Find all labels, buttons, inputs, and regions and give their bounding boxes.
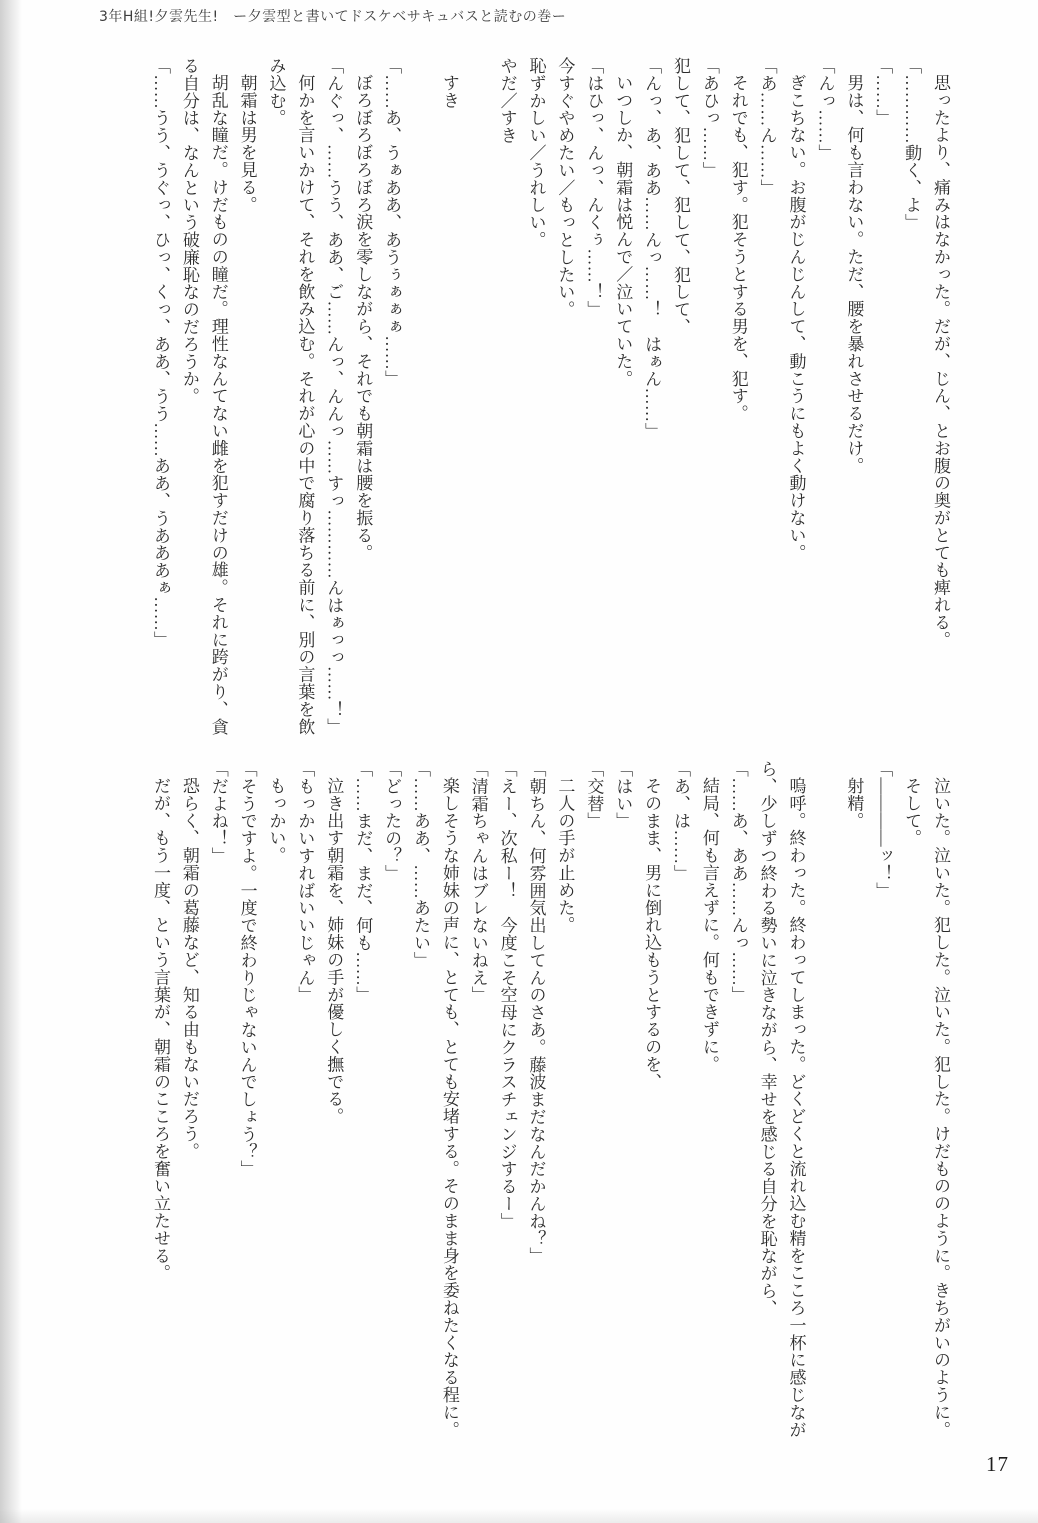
narration-column: いつしか、朝霜は悦んで／泣いていた。 (607, 57, 636, 751)
narration-column: もっかい。 (261, 760, 290, 1460)
dialogue-column: 「朝ちん、何雰囲気出してんのさあ。藤波まだなんだかんね？」 (521, 760, 550, 1460)
narration-column: 恥ずかしい／うれしい。 (521, 57, 550, 751)
narration-column: 犯して、犯して、犯して、犯して、 (665, 57, 694, 751)
narration-column: 朝霜は男を見る。 (232, 57, 261, 751)
narration-column: 二人の手が止めた。 (550, 760, 579, 1460)
dialogue-column: 「……」 (867, 57, 896, 751)
blank-column (463, 57, 492, 751)
blank-column (810, 760, 839, 1460)
narration-column: 結局、何も言えずに。何もできずに。 (694, 760, 723, 1460)
text-block-bottom: 泣いた。泣いた。犯した。泣いた。犯した。けだもののように。きちがいのように。そし… (145, 760, 954, 1460)
dialogue-column: 「えー、次私ー！ 今度こそ空母にクラスチェンジするー」 (492, 760, 521, 1460)
dialogue-column: 「……まだ、まだ、何も……」 (347, 760, 376, 1460)
narration-column: それでも、犯す。犯そうとする男を、犯す。 (723, 57, 752, 751)
document-page: 3年H組!夕雲先生! ー夕雲型と書いてドスケベサキュバスと読むの巻ー 思ったより… (0, 0, 1038, 1523)
narration-column: 泣き出す朝霜を、姉妹の手が優しく撫でる。 (318, 760, 347, 1460)
dialogue-column: 「……あ、うぁああ、あうぅぁぁぁ……」 (376, 57, 405, 751)
dialogue-column: 「んぐっ、……うう、ああ、ご……んっ、んんっ……すっ…………んはぁっっ……！」 (318, 57, 347, 751)
page-header-title: 3年H組!夕雲先生! ー夕雲型と書いてドスケベサキュバスと読むの巻ー (99, 6, 566, 26)
dialogue-column: 「交替」 (578, 760, 607, 1460)
dialogue-column: 「はひっ、んっ、んくぅ……！」 (578, 57, 607, 751)
dialogue-column: 「あひっ……」 (694, 57, 723, 751)
narration-column: ぎこちない。お腹がじんじんして、動こうにもよく動けない。 (781, 57, 810, 751)
blank-column (405, 57, 434, 751)
narration-column: 嗚呼。終わった。終わってしまった。どくどくと流れ込む精をこころ一杯に感じながら、… (752, 760, 810, 1460)
scan-edge-shadow (0, 0, 22, 1523)
dialogue-column: 「んっ、あ、ああ……んっ……！ はぁん……」 (636, 57, 665, 751)
narration-column: ぼろぼろぼろぼろ涙を零しながら、それでも朝霜は腰を振る。 (347, 57, 376, 751)
dialogue-column: 「――――ッ！」 (867, 760, 896, 1460)
narration-column: やだ／すき (492, 57, 521, 751)
dialogue-column: 「あ……ん……」 (752, 57, 781, 751)
dialogue-column: 「んっ……」 (810, 57, 839, 751)
dialogue-column: 「そうですよ。一度で終わりじゃないんでしょう？」 (232, 760, 261, 1460)
dialogue-column: 「……ああ、……あたい」 (405, 760, 434, 1460)
dialogue-column: 「もっかいすればいいじゃん」 (290, 760, 319, 1460)
narration-column: 恐らく、朝霜の葛藤など、知る由もないだろう。 (174, 760, 203, 1460)
narration-column: 思ったより、痛みはなかった。だが、じん、とお腹の奥がとても痺れる。 (925, 57, 954, 751)
scan-bottom-shadow (0, 1509, 1038, 1523)
dialogue-column: 「…………動く、よ」 (896, 57, 925, 751)
narration-column: そして。 (896, 760, 925, 1460)
dialogue-column: 「あ、は……」 (665, 760, 694, 1460)
dialogue-column: 「……あ、ああ……んっ……」 (723, 760, 752, 1460)
dialogue-column: 「清霜ちゃんはブレないねえ」 (463, 760, 492, 1460)
narration-column: 男は、何も言わない。ただ、腰を暴れさせるだけ。 (838, 57, 867, 751)
dialogue-column: 「だよね！」 (203, 760, 232, 1460)
dialogue-column: 「どったの？」 (376, 760, 405, 1460)
narration-column: 射精。 (838, 760, 867, 1460)
narration-column: すき (434, 57, 463, 751)
narration-column: だが、もう一度、という言葉が、朝霜のこころを奮い立たせる。 (145, 760, 174, 1460)
page-number: 17 (986, 1452, 1038, 1477)
narration-column: 何かを言いかけて、それを飲み込む。それが心の中で腐り落ちる前に、別の言葉を飲み込… (261, 57, 319, 751)
narration-column: 胡乱な瞳だ。けだものの瞳だ。理性なんてない雌を犯すだけの雄。それに跨がり、貪る自… (174, 57, 232, 751)
narration-column: 泣いた。泣いた。犯した。泣いた。犯した。けだもののように。きちがいのように。 (925, 760, 954, 1460)
dialogue-column: 「……うう、うぐっ、ひっ、くっ、ああ、うう……ああ、うあああぁ……」 (145, 57, 174, 751)
narration-column: 今すぐやめたい／もっとしたい。 (550, 57, 579, 751)
dialogue-column: 「はい」 (607, 760, 636, 1460)
narration-column: そのまま、男に倒れ込もうとするのを、 (636, 760, 665, 1460)
text-block-top: 思ったより、痛みはなかった。だが、じん、とお腹の奥がとても痺れる。「…………動く… (145, 57, 954, 751)
narration-column: 楽しそうな姉妹の声に、とても、とても安堵する。そのまま身を委ねたくなる程に。 (434, 760, 463, 1460)
